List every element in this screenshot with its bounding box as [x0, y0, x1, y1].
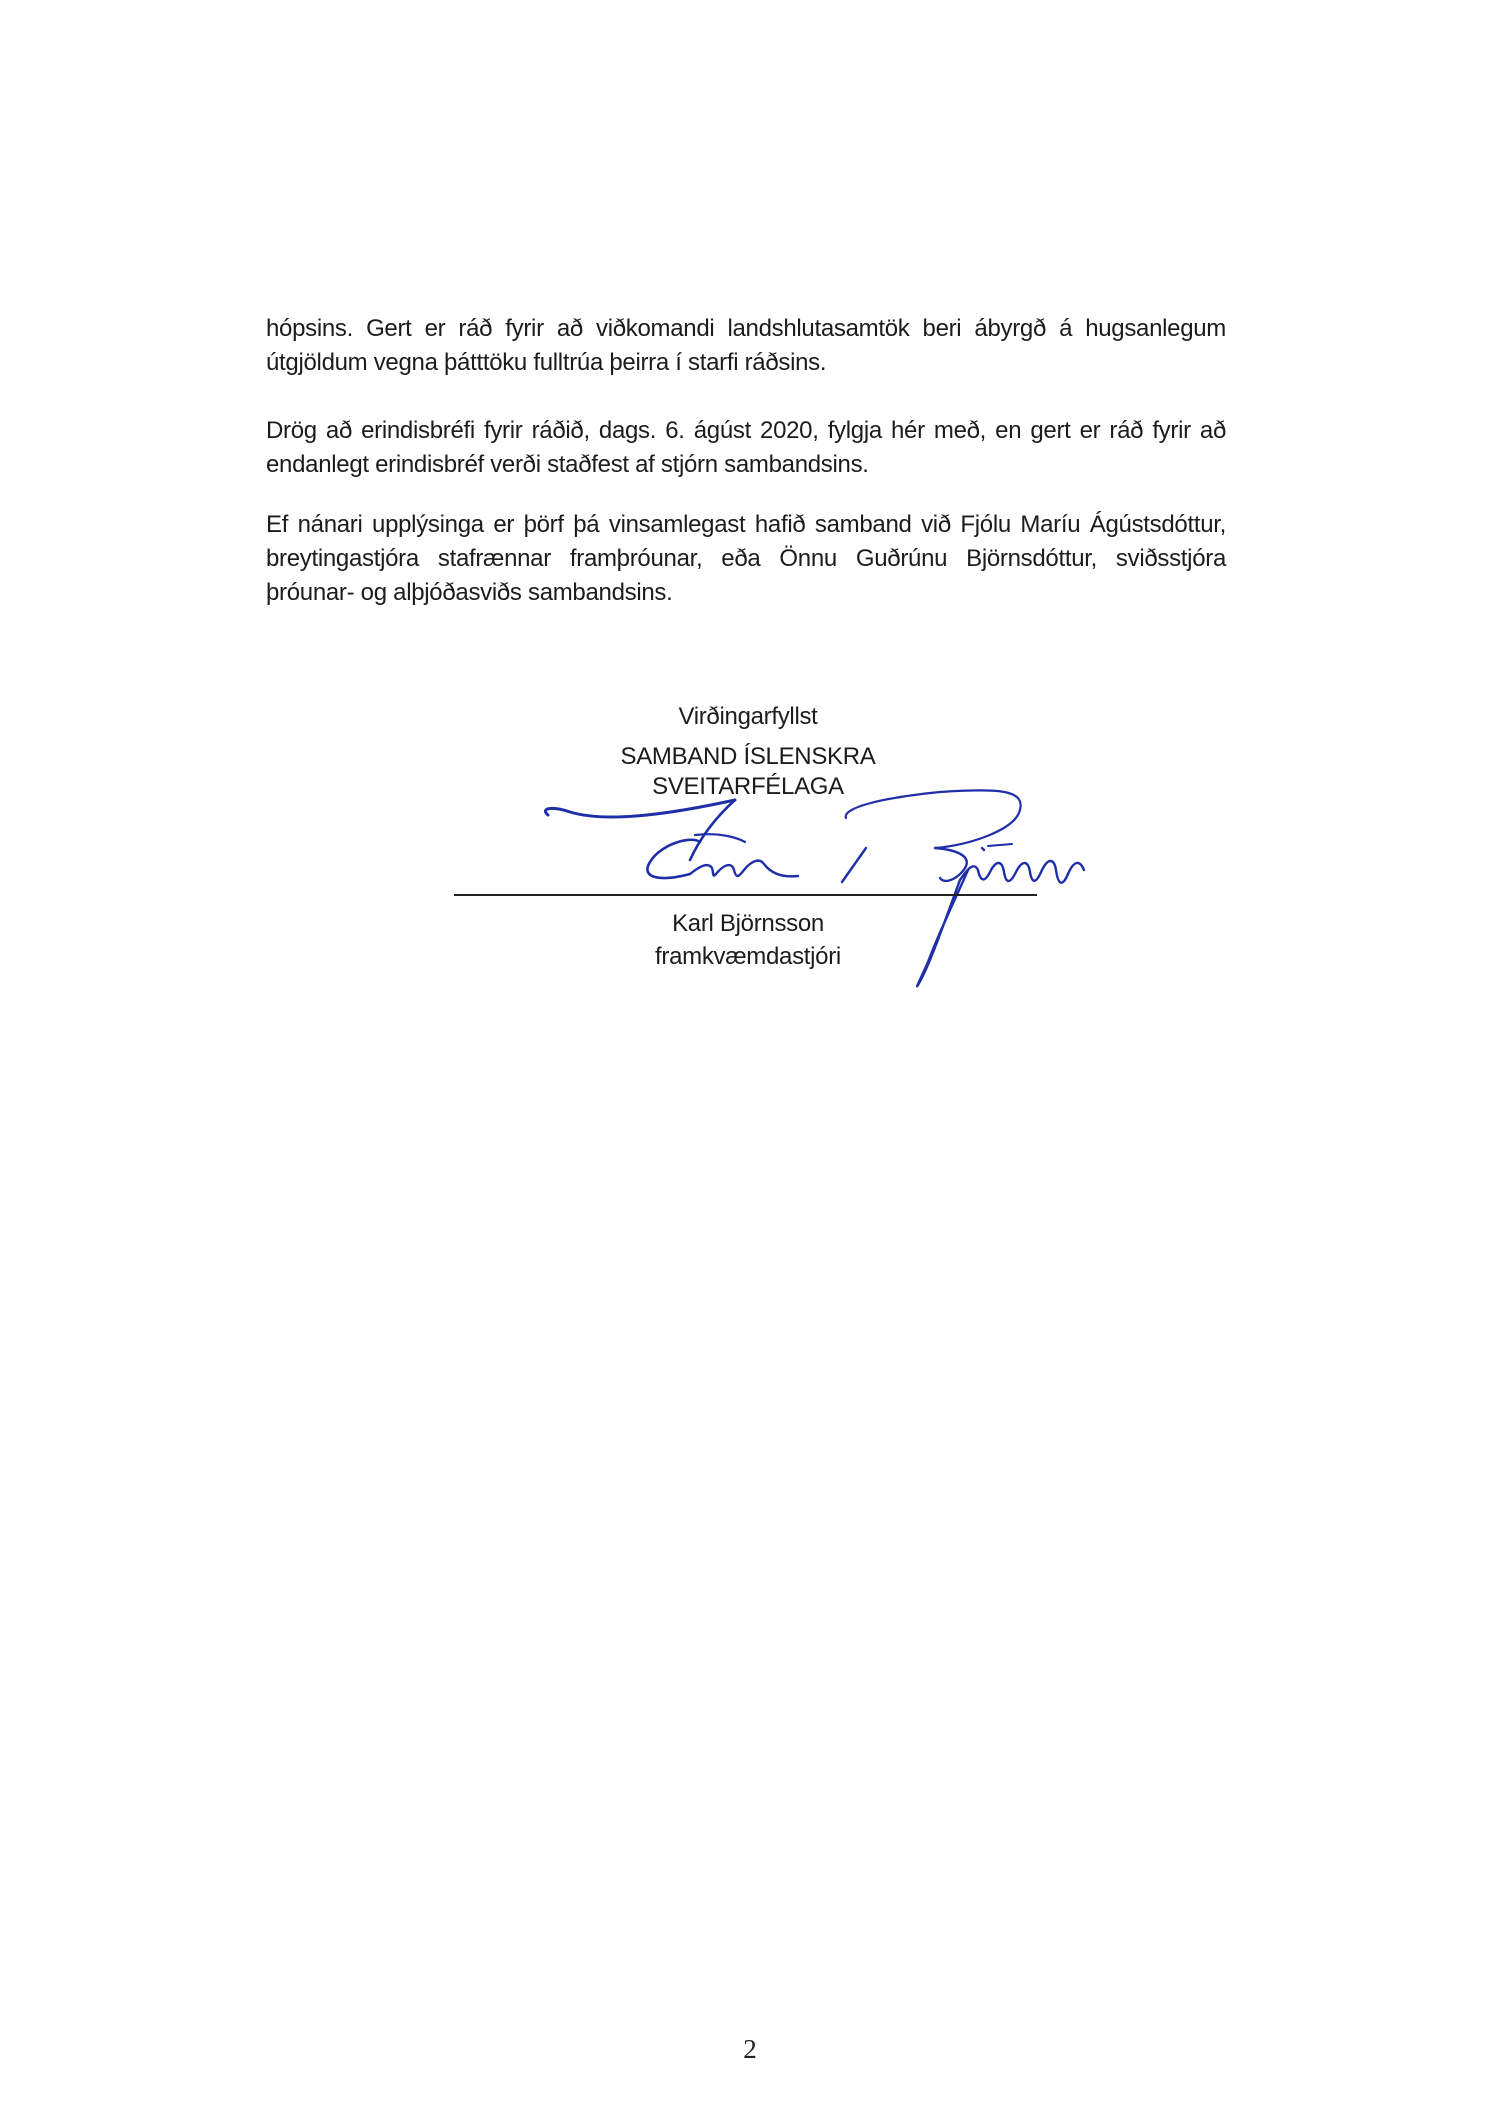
paragraph-cost-responsibility: hópsins. Gert er ráð fyrir að viðkomandi… [266, 312, 1226, 380]
paragraph-draft-mandate: Drög að erindisbréfi fyrir ráðið, dags. … [266, 414, 1226, 482]
signature-line [454, 894, 1037, 896]
signer-title: framkvæmdastjóri [548, 942, 948, 972]
document-page: hópsins. Gert er ráð fyrir að viðkomandi… [0, 0, 1500, 2122]
paragraph-contact-info: Ef nánari upplýsinga er þörf þá vinsamle… [266, 508, 1226, 610]
signer-name: Karl Björnsson [548, 909, 948, 939]
organization-name: SAMBAND ÍSLENSKRA SVEITARFÉLAGA [548, 742, 948, 802]
closing-salutation: Virðingarfyllst [548, 702, 948, 732]
page-number: 2 [700, 2034, 800, 2065]
